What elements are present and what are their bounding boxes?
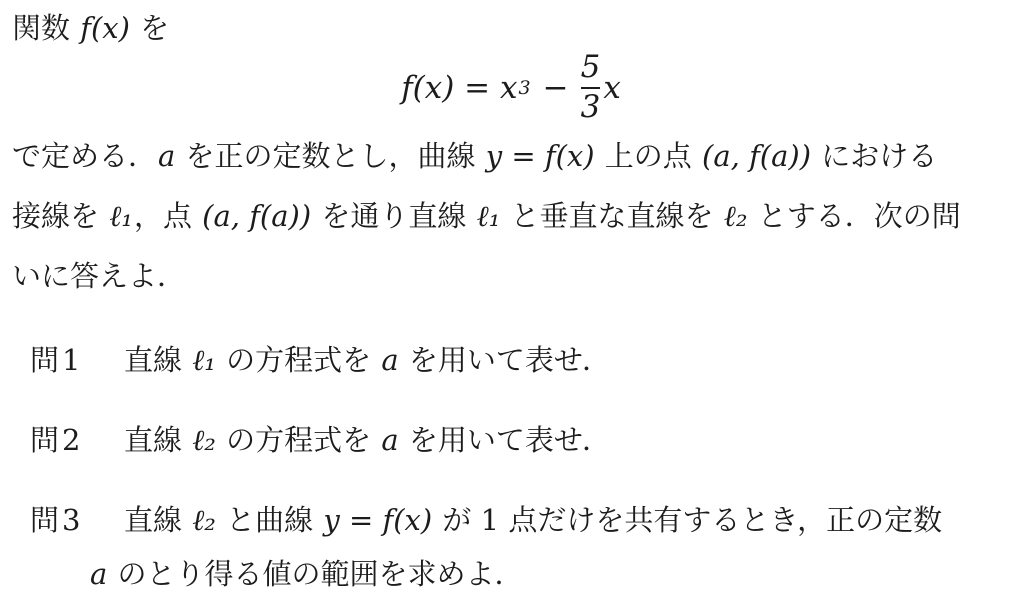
math-l2: ℓ₂ bbox=[723, 199, 749, 233]
jp-text: を用いて表せ． bbox=[400, 423, 611, 457]
question-1-body: 直線 ℓ₁ の方程式を a を用いて表せ． bbox=[124, 338, 611, 382]
jp-text: を正の定数とし，曲線 bbox=[176, 139, 484, 173]
math-l1: ℓ₁ bbox=[476, 199, 502, 233]
jp-text: 接線を bbox=[12, 199, 108, 233]
math-point: (a, f(a)) bbox=[701, 139, 812, 173]
math-y-eq-fx: y = f(x) bbox=[485, 139, 596, 173]
math-point: (a, f(a)) bbox=[201, 199, 312, 233]
jp-text: の方程式を bbox=[217, 343, 380, 377]
jp-text: と垂直な直線を bbox=[501, 199, 722, 233]
jp-text: 直線 bbox=[124, 503, 191, 537]
question-2-body: 直線 ℓ₂ の方程式を a を用いて表せ． bbox=[124, 418, 611, 462]
intro-line: 関数 f(x) を bbox=[12, 6, 1010, 50]
minus-sign: − bbox=[543, 70, 569, 106]
jp-text: が 1 点だけを共有するとき，正の定数 bbox=[433, 503, 942, 537]
math-l1: ℓ₁ bbox=[108, 199, 134, 233]
fraction-denominator: 3 bbox=[581, 92, 601, 124]
math-a: a bbox=[89, 557, 108, 591]
question-3: 問3 直線 ℓ₂ と曲線 y = f(x) が 1 点だけを共有するとき，正の定… bbox=[30, 498, 1010, 542]
math-a: a bbox=[380, 343, 399, 377]
jp-text: を通り直線 bbox=[312, 199, 475, 233]
intro-text: 関数 bbox=[12, 11, 79, 45]
jp-text: のとり得る値の範囲を求めよ． bbox=[108, 557, 523, 591]
equation-trailing-x: x bbox=[602, 70, 621, 106]
fraction: 5 3 bbox=[581, 52, 601, 123]
jp-text: と曲線 bbox=[217, 503, 322, 537]
jp-text: で定める． bbox=[12, 139, 157, 173]
jp-text: 直線 bbox=[124, 343, 191, 377]
math-fx: f(x) bbox=[79, 11, 131, 45]
jp-text: 上の点 bbox=[596, 139, 701, 173]
jp-text: とする．次の問 bbox=[748, 199, 960, 233]
question-1: 問1 直線 ℓ₁ の方程式を a を用いて表せ． bbox=[30, 338, 1010, 382]
question-3-continuation: a のとり得る値の範囲を求めよ． bbox=[89, 552, 1010, 596]
fraction-numerator: 5 bbox=[581, 52, 601, 84]
equation-exponent: 3 bbox=[519, 77, 531, 99]
paragraph-line: で定める．a を正の定数とし，曲線 y = f(x) 上の点 (a, f(a))… bbox=[12, 126, 1010, 186]
equation-lhs: f(x) = x bbox=[400, 70, 518, 106]
jp-text: いに答えよ． bbox=[12, 259, 186, 293]
math-l1: ℓ₁ bbox=[191, 343, 217, 377]
jp-text: を用いて表せ． bbox=[400, 343, 611, 377]
question-2: 問2 直線 ℓ₂ の方程式を a を用いて表せ． bbox=[30, 418, 1010, 462]
math-l2: ℓ₂ bbox=[191, 503, 217, 537]
jp-text: 直線 bbox=[124, 423, 191, 457]
math-a: a bbox=[380, 423, 399, 457]
question-list: 問1 直線 ℓ₁ の方程式を a を用いて表せ． 問2 直線 ℓ₂ の方程式を … bbox=[12, 338, 1010, 596]
jp-text: における bbox=[812, 139, 937, 173]
math-l2: ℓ₂ bbox=[191, 423, 217, 457]
paragraph-line: いに答えよ． bbox=[12, 246, 1010, 306]
math-problem-page: 関数 f(x) を f(x) = x3 − 5 3 x で定める．a を正の定数… bbox=[0, 0, 1024, 604]
question-2-label: 問2 bbox=[30, 418, 124, 462]
question-3-body: 直線 ℓ₂ と曲線 y = f(x) が 1 点だけを共有するとき，正の定数 bbox=[124, 498, 942, 542]
display-equation: f(x) = x3 − 5 3 x bbox=[12, 50, 1010, 126]
math-y-eq-fx: y = f(x) bbox=[322, 503, 433, 537]
question-1-label: 問1 bbox=[30, 338, 124, 382]
paragraph-line: 接線を ℓ₁，点 (a, f(a)) を通り直線 ℓ₁ と垂直な直線を ℓ₂ と… bbox=[12, 186, 1010, 246]
question-3-label: 問3 bbox=[30, 498, 124, 542]
intro-text: を bbox=[131, 11, 169, 45]
jp-text: の方程式を bbox=[217, 423, 380, 457]
math-a: a bbox=[157, 139, 176, 173]
jp-text: ，点 bbox=[134, 199, 201, 233]
problem-statement: で定める．a を正の定数とし，曲線 y = f(x) 上の点 (a, f(a))… bbox=[12, 126, 1010, 306]
